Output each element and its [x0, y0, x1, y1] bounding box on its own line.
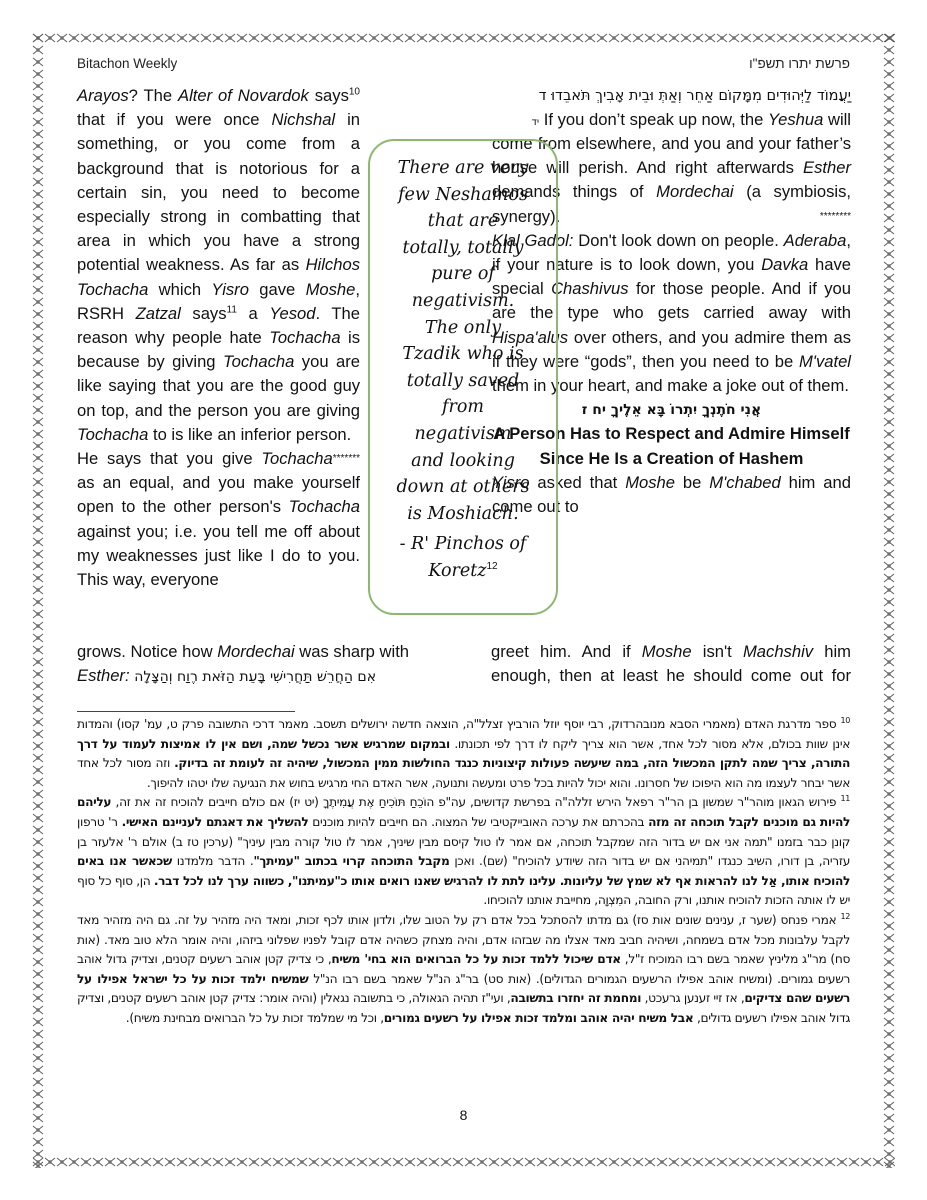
footnote-10: 10 ספר מדרגת האדם (מאמרי הסבא מנובהרדוק,…	[77, 715, 850, 793]
pull-quote-line: from	[370, 394, 556, 421]
left-full-width-line: grows. Notice how Mordechai was sharp wi…	[77, 640, 493, 664]
pull-quote-line: that are	[370, 208, 556, 235]
section-separator: ********	[820, 205, 851, 229]
pull-quote-line: few Neshamos	[370, 182, 556, 209]
border-bottom-pattern	[32, 1156, 895, 1168]
hebrew-verse-line: יַעֲמוֹד לַיְּהוּדִים מִמָּקוֹם אַחֵר וְ…	[473, 84, 851, 108]
pull-quote-line: The only	[370, 315, 556, 342]
pull-quote-line: Tzadik who is	[370, 341, 556, 368]
pull-quote-line: is Moshiach.	[370, 501, 556, 528]
pull-quote-line: and looking	[370, 448, 556, 475]
left-last-line: Esther: אִם הַחֲרֵשׁ תַּחֲרִישִׁי בָּעֵת…	[77, 664, 493, 689]
left-column: Arayos? The Alter of Novardok says10 tha…	[77, 84, 360, 592]
border-left-pattern	[32, 32, 44, 1168]
footnote-number: 12	[841, 912, 850, 921]
section-separator: *******	[333, 447, 360, 471]
hebrew-verse-quote: אִם הַחֲרֵשׁ תַּחֲרִישִׁי בָּעֵת הַזֹּאת…	[134, 669, 376, 685]
footnote-ref[interactable]: 10	[349, 86, 360, 97]
pull-quote-line: down at others	[370, 474, 556, 501]
footnote-ref[interactable]: 11	[227, 304, 237, 315]
right-full-line-1: greet him. And if Moshe isn't Machshiv h…	[491, 640, 851, 664]
running-header: Bitachon Weekly פרשת יתרו תשפ"ו	[77, 56, 850, 76]
footnote-ref-12[interactable]: 12	[487, 561, 498, 572]
page-number: 8	[0, 1107, 927, 1123]
footnote-number: 10	[841, 716, 850, 725]
verse-reference: יד	[531, 117, 539, 128]
right-full-line-2: enough, then at least he should come out…	[491, 664, 851, 688]
publication-title: Bitachon Weekly	[77, 56, 177, 71]
pull-quote-line: totally, totally	[370, 235, 556, 262]
left-paragraph-2: He says that you give Tochacha as an equ…	[77, 447, 360, 592]
footnote-divider	[77, 711, 295, 712]
parsha-title: פרשת יתרו תשפ"ו	[749, 56, 850, 71]
pull-quote-line: negativism.	[370, 288, 556, 315]
pull-quote-box: There are veryfew Neshamosthat aretotall…	[368, 139, 558, 615]
footnote-12: 12 אמרי פנחס (שער ז, ענינים שונים אות סז…	[77, 911, 850, 1029]
border-right-pattern	[883, 32, 895, 1168]
left-paragraph-1: Arayos? The Alter of Novardok says10 tha…	[77, 84, 360, 447]
footnote-11: 11 פירוש הגאון מוהר"ר שמשון בן הר"ר רפאל…	[77, 793, 850, 911]
border-top-pattern	[32, 32, 895, 44]
pull-quote-attribution: - R' Pinchos of Koretz12	[370, 531, 556, 584]
esther-label: Esther:	[77, 666, 130, 685]
pull-quote-line: pure of	[370, 261, 556, 288]
pull-quote-line: totally saved	[370, 368, 556, 395]
pull-quote-text: There are veryfew Neshamosthat aretotall…	[370, 155, 556, 527]
footnote-number: 11	[841, 794, 850, 803]
pull-quote-line: negativism	[370, 421, 556, 448]
footnotes-section: 10 ספר מדרגת האדם (מאמרי הסבא מנובהרדוק,…	[77, 715, 850, 1029]
pull-quote-line: There are very	[370, 155, 556, 182]
